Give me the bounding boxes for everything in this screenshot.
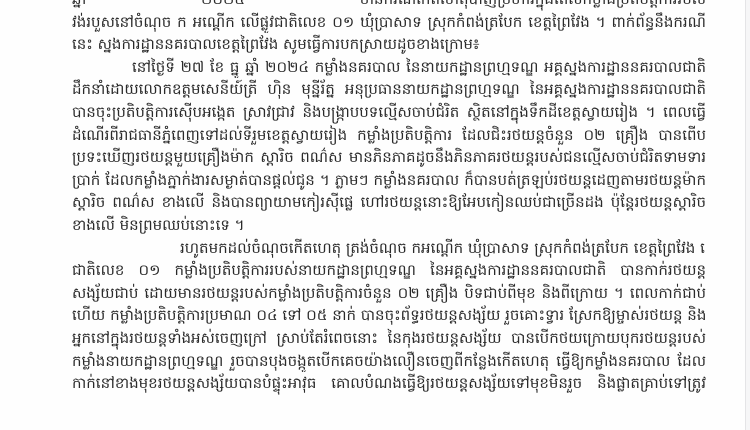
text-line: កាក់នៅខាងមុខរថយន្តសង្ស័យបានបំផ្ទុះអាវុធ …: [72, 372, 706, 395]
paragraph-first-line: នៅថ្ងៃទី ២៧ ខែ ធ្នូ ឆ្នាំ ២០២៤ កម្លាំងនគ…: [72, 56, 706, 79]
text-line: ប្រទះឃើញរថយន្តមួយគ្រឿងម៉ាក ស្តារិច ពណ៌ស …: [72, 146, 706, 169]
text-line: អ្នកនៅក្នុងរថយន្តទាំងអស់ចេញក្រៅ ស្រាប់តែ…: [72, 327, 706, 350]
text-line: កម្លាំងនាយកដ្ឋានព្រហ្មទណ្ឌ រួចបានបុងចង្ក…: [72, 350, 706, 373]
text-line: ប្រាក់ ដែលកម្លាំងភ្នាក់ងារសម្ងាត់បានផ្ដល…: [72, 169, 706, 192]
text-line: នេះ ស្នងការដ្ឋាននគរបាលខេត្តព្រៃវែង សូមធ្…: [72, 33, 706, 56]
text-line: ឆ្នាំ ២០២៤ មានករណីកើតហេតុបាញ់ប្រហារក្នុង…: [72, 0, 706, 11]
text-line: បានចុះប្រតិបត្តិការស៊ើបអង្កេត ស្រាវជ្រាវ…: [72, 101, 706, 124]
document-body: ឆ្នាំ ២០២៤ មានករណីកើតហេតុបាញ់ប្រហារក្នុង…: [72, 0, 706, 395]
text-line: ដឹកនាំដោយលោកឧត្តមសេនីយ៍ត្រី ហ៊ិន មុន្នីរ…: [72, 78, 706, 101]
paragraph-first-line: រហូតមកដល់ចំណុចកើតហេតុ ត្រង់ចំណុច កអណ្តើក…: [72, 237, 706, 260]
text-line: សង្ស័យជាប់ ដោយមានរថយន្តរបស់កម្លាំងប្រតិប…: [72, 282, 706, 305]
text-line: ដំណើរពីរាជធានីភ្នំពេញទៅដល់ទីរួមខេត្តស្វា…: [72, 124, 706, 147]
text-line: វង់របួសនៅចំណុច ក អណ្តើក លើផ្លូវជាតិលេខ ០…: [72, 11, 706, 34]
page-shadow: [746, 0, 750, 430]
text-line: ហើយ កម្លាំងប្រតិបត្តិការប្រមាណ ០៤ ទៅ ០៥ …: [72, 304, 706, 327]
text-line: ជាតិលេខ ០១ កម្លាំងប្រតិបត្តិការរបស់នាយកដ…: [72, 259, 706, 282]
text-line: ខាងលើ មិនព្រមឈប់នោះទេ ។: [72, 214, 706, 237]
text-line: ស្តារិច ពណ៌ស ខាងលើ និងបានព្យាយាមកៀរស៊ីផ្…: [72, 191, 706, 214]
scanned-document-page: ឆ្នាំ ២០២៤ មានករណីកើតហេតុបាញ់ប្រហារក្នុង…: [0, 0, 745, 430]
